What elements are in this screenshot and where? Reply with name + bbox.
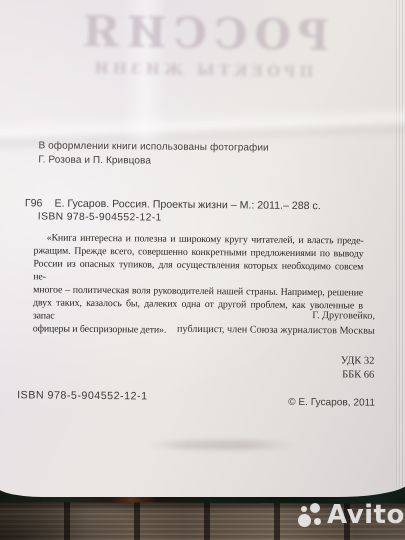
- catalog-code: Г96: [25, 197, 43, 209]
- photo-credits: В оформлении книги использованы фотограф…: [38, 139, 268, 168]
- avito-logo-dot: [314, 518, 321, 525]
- quote-attribution: Г. Друговейко, публицист, член Союза жур…: [177, 308, 375, 339]
- copyright-notice: © Е. Гусаров, 2011: [288, 397, 375, 409]
- catalog-entry-row: Г96Е. Гусаров. Россия. Проекты жизни – М…: [25, 197, 321, 212]
- quote-author-title: публицист, член Союза журналистов Москвы: [177, 322, 375, 338]
- avito-logo-dot: [310, 503, 320, 513]
- avito-logo-dot: [298, 514, 311, 527]
- library-codes: УДК 32 ББК 66: [341, 354, 375, 381]
- bbk-code: ББК 66: [341, 368, 375, 382]
- avito-watermark: Avito: [298, 500, 405, 530]
- book-copyright-page: РОССИЯ ПРОЕКТЫ ЖИЗНИ В оформлении книги …: [0, 0, 405, 497]
- catalog-entry: Е. Гусаров. Россия. Проекты жизни – М.: …: [54, 198, 320, 213]
- copyright-page-content: В оформлении книги использованы фотограф…: [0, 0, 405, 499]
- avito-watermark-text: Avito: [327, 500, 405, 530]
- photo-credits-line2: Г. Розова и П. Кривцова: [38, 153, 268, 169]
- showthrough-smudge: [146, 440, 298, 450]
- book-photo-scene: РОССИЯ ПРОЕКТЫ ЖИЗНИ В оформлении книги …: [0, 0, 405, 540]
- page-edge-shadow: [0, 320, 8, 488]
- isbn-top: ISBN 978-5-904552-12-1: [38, 211, 162, 223]
- avito-logo-icon: [298, 503, 323, 530]
- quote-line: России из опасных тупиков, для осуществл…: [33, 257, 363, 286]
- udk-code: УДК 32: [341, 354, 375, 368]
- avito-logo-dot: [301, 506, 307, 512]
- isbn-bottom: ISBN 978-5-904552-12-1: [17, 389, 148, 402]
